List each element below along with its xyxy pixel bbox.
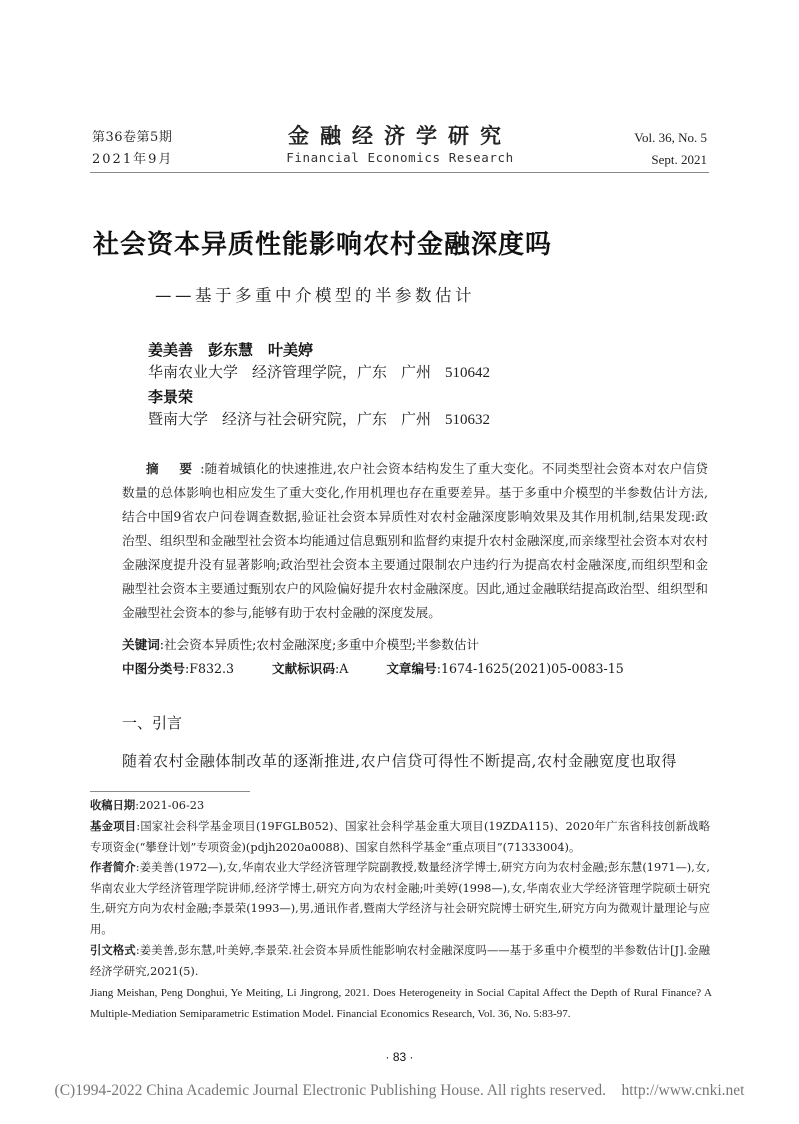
fund-value: :国家社会科学基金项目(19FGLB052)、国家社会科学基金重大项目(19ZD… [90,820,710,854]
header-volume-issue: 第36卷第5期 [92,127,173,149]
header-divider [90,172,709,173]
body-paragraph: 随着农村金融体制改革的逐渐推进,农户信贷可得性不断提高,农村金融宽度也取得 [122,750,712,772]
header-issue-en: Vol. 36, No. 5 Sept. 2021 [634,127,707,171]
author-group-2: 李景荣 [148,386,193,408]
footnote-citation-en: Jiang Meishan, Peng Donghui, Ye Meiting,… [90,983,712,1024]
header-date-en: Sept. 2021 [634,149,707,171]
footnote-divider [90,791,250,792]
header-volume-en: Vol. 36, No. 5 [634,127,707,149]
keywords-text: :社会资本异质性;农村金融深度;多重中介模型;半参数估计 [160,637,479,652]
affiliation-university: 暨南大学 [148,412,208,428]
footnote-received: 收稿日期:2021-06-23 [90,796,710,817]
article-subtitle: ——基于多重中介模型的半参数估计 [155,284,475,308]
abstract-text: :随着城镇化的快速推进,农户社会资本结构发生了重大变化。不同类型社会资本对农户信… [122,461,708,620]
page-number: · 83 · [0,1050,799,1064]
affiliation-dept: 经济管理学院，广东 [252,365,387,381]
footnote-citation: 引文格式:姜美善,彭东慧,叶美婷,李景荣.社会资本异质性能影响农村金融深度吗——… [90,941,710,982]
received-label: 收稿日期 [90,799,135,812]
fund-label: 基金项目 [90,820,136,833]
affiliation-city: 广州 [401,412,431,428]
copyright-notice: (C)1994-2022 China Academic Journal Elec… [0,1078,799,1100]
header-date: 2021年9月 [92,149,173,171]
affiliation-zip: 510642 [445,365,490,381]
affiliation-city: 广州 [401,365,431,381]
affiliation-dept: 经济与社会研究院，广东 [222,412,387,428]
header-issue: 第36卷第5期 2021年9月 [92,127,173,171]
affiliation-zip: 510632 [445,412,490,428]
article-title: 社会资本异质性能影响农村金融深度吗 [93,228,552,262]
section-heading: 一、引言 [122,712,182,734]
cite-value: :姜美善,彭东慧,叶美婷,李景荣.社会资本异质性能影响农村金融深度吗——基于多重… [90,944,710,978]
article-no-label: 文章编号 [386,661,436,676]
author-group-1: 姜美善 彭东慧 叶美婷 [148,339,313,361]
journal-name-cn: 金融经济学研究 [260,123,540,149]
footnote-bio: 作者简介:姜美善(1972—),女,华南农业大学经济管理学院副教授,数量经济学博… [90,858,710,940]
clc-label: 中图分类号 [122,661,185,676]
journal-name-en: Financial Economics Research [260,149,540,167]
footnote-fund: 基金项目:国家社会科学基金项目(19FGLB052)、国家社会科学基金重大项目(… [90,817,710,858]
keywords: 关键词:社会资本异质性;农村金融深度;多重中介模型;半参数估计 [122,633,479,657]
doc-code-label: 文献标识码 [272,661,335,676]
classification-line: 中图分类号:F832.3文献标识码:A文章编号:1674-1625(2021)0… [122,657,624,681]
article-no-value: :1674-1625(2021)05-0083-15 [437,661,624,676]
abstract-label: 摘 要 [122,461,200,476]
affiliation-2: 暨南大学经济与社会研究院，广东广州510632 [148,409,490,431]
affiliation-1: 华南农业大学经济管理学院，广东广州510642 [148,362,490,384]
journal-masthead: 金融经济学研究 Financial Economics Research [260,123,540,167]
affiliation-university: 华南农业大学 [148,365,238,381]
received-value: :2021-06-23 [135,799,204,812]
abstract: 摘 要:随着城镇化的快速推进,农户社会资本结构发生了重大变化。不同类型社会资本对… [122,457,708,625]
bio-value: :姜美善(1972—),女,华南农业大学经济管理学院副教授,数量经济学博士,研究… [90,861,710,936]
bio-label: 作者简介 [90,861,136,874]
doc-code-value: :A [335,661,348,676]
clc-value: :F832.3 [185,661,234,676]
keywords-label: 关键词 [122,637,160,652]
cite-label: 引文格式 [90,944,136,957]
